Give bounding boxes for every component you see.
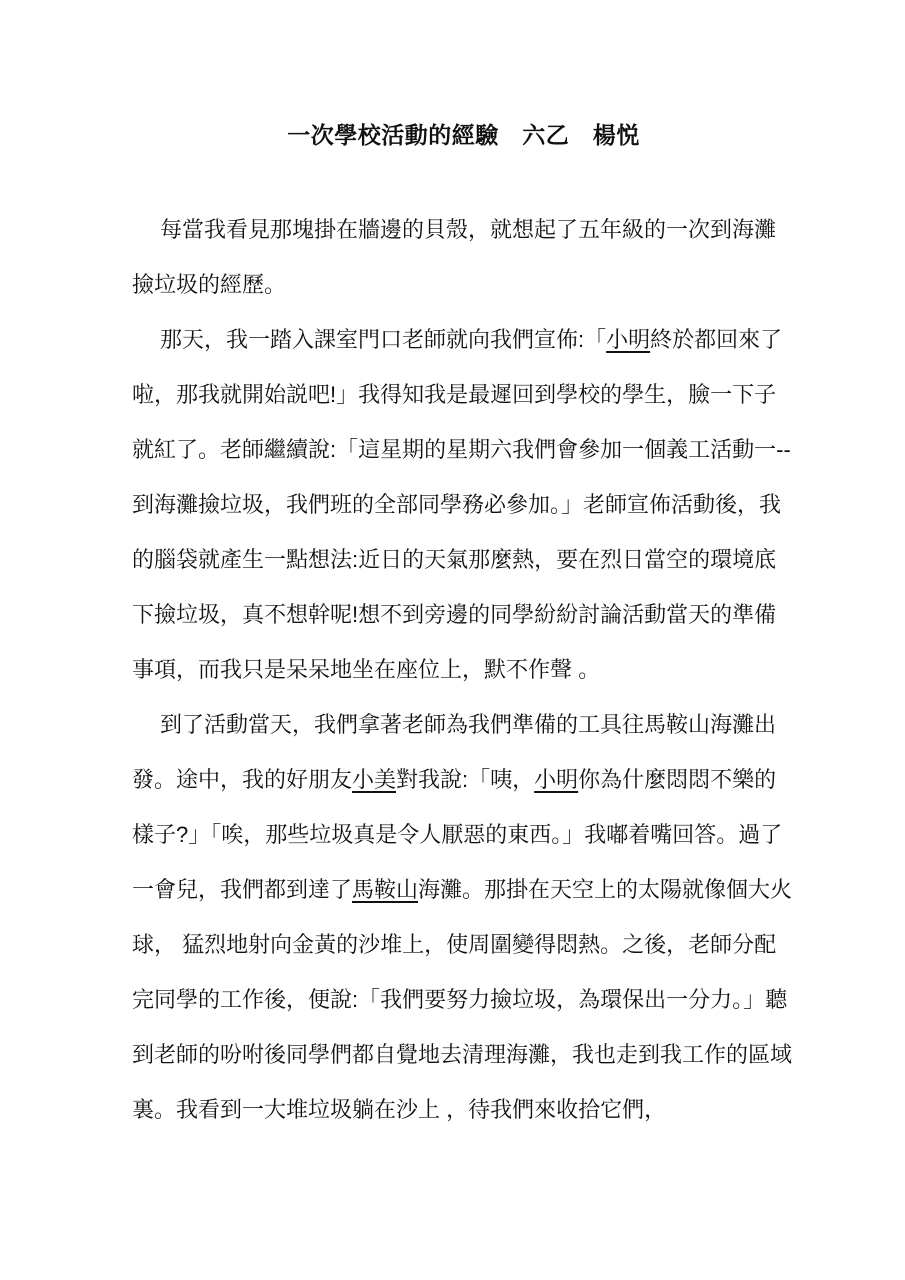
paragraph: 到了活動當天，我們拿著老師為我們準備的工具往馬鞍山海灘出發。途中，我的好朋友小美…: [132, 697, 795, 1137]
underlined-name: 小美: [352, 767, 396, 792]
text-segment: 海灘。那掛在天空上的太陽就像個大火球， 猛烈地射向金黃的沙堆上，使周圍變得悶熱。…: [132, 877, 792, 1122]
document-title: 一次學校活動的經驗 六乙 楊悦: [132, 118, 795, 152]
document-body: 每當我看見那塊掛在牆邊的貝殼，就想起了五年級的一次到海灘撿垃圾的經歷。那天，我一…: [132, 202, 795, 1137]
paragraph: 那天，我一踏入課室門口老師就向我們宣佈:「小明終於都回來了啦，那我就開始説吧!」…: [132, 312, 795, 697]
underlined-name: 小明: [606, 327, 650, 352]
underlined-name: 馬鞍山: [352, 877, 418, 902]
text-segment: 對我說:「咦，: [396, 767, 534, 792]
text-segment: 每當我看見那塊掛在牆邊的貝殼，就想起了五年級的一次到海灘撿垃圾的經歷。: [132, 217, 776, 297]
text-segment: 終於都回來了啦，那我就開始説吧!」我得知我是最遲回到學校的學生，臉一下子就紅了。…: [132, 327, 791, 682]
document-page: 一次學校活動的經驗 六乙 楊悦 每當我看見那塊掛在牆邊的貝殼，就想起了五年級的一…: [0, 0, 905, 1280]
text-segment: 那天，我一踏入課室門口老師就向我們宣佈:「: [160, 327, 606, 352]
underlined-name: 小明: [534, 767, 578, 792]
paragraph: 每當我看見那塊掛在牆邊的貝殼，就想起了五年級的一次到海灘撿垃圾的經歷。: [132, 202, 795, 312]
